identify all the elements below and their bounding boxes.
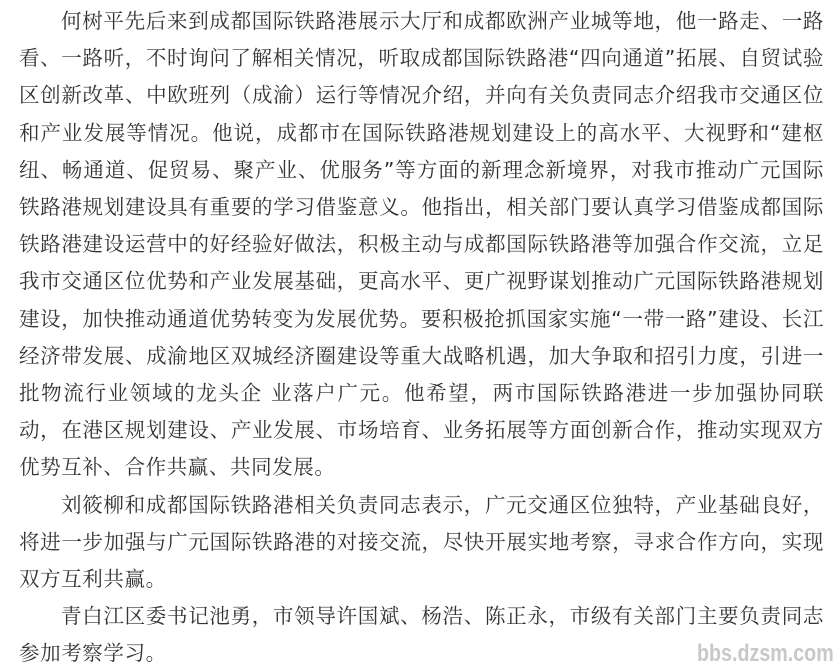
site-watermark: bbs.dzsm.com (697, 640, 834, 668)
article-body: 何树平先后来到成都国际铁路港展示大厅和成都欧洲产业城等地，他一路走、一路看、一路… (19, 3, 824, 670)
paragraph-response: 刘筱柳和成都国际铁路港相关负责同志表示，广元交通区位独特，产业基础良好，将进一步… (19, 487, 824, 599)
paragraph-visit-details: 何树平先后来到成都国际铁路港展示大厅和成都欧洲产业城等地，他一路走、一路看、一路… (19, 3, 824, 487)
